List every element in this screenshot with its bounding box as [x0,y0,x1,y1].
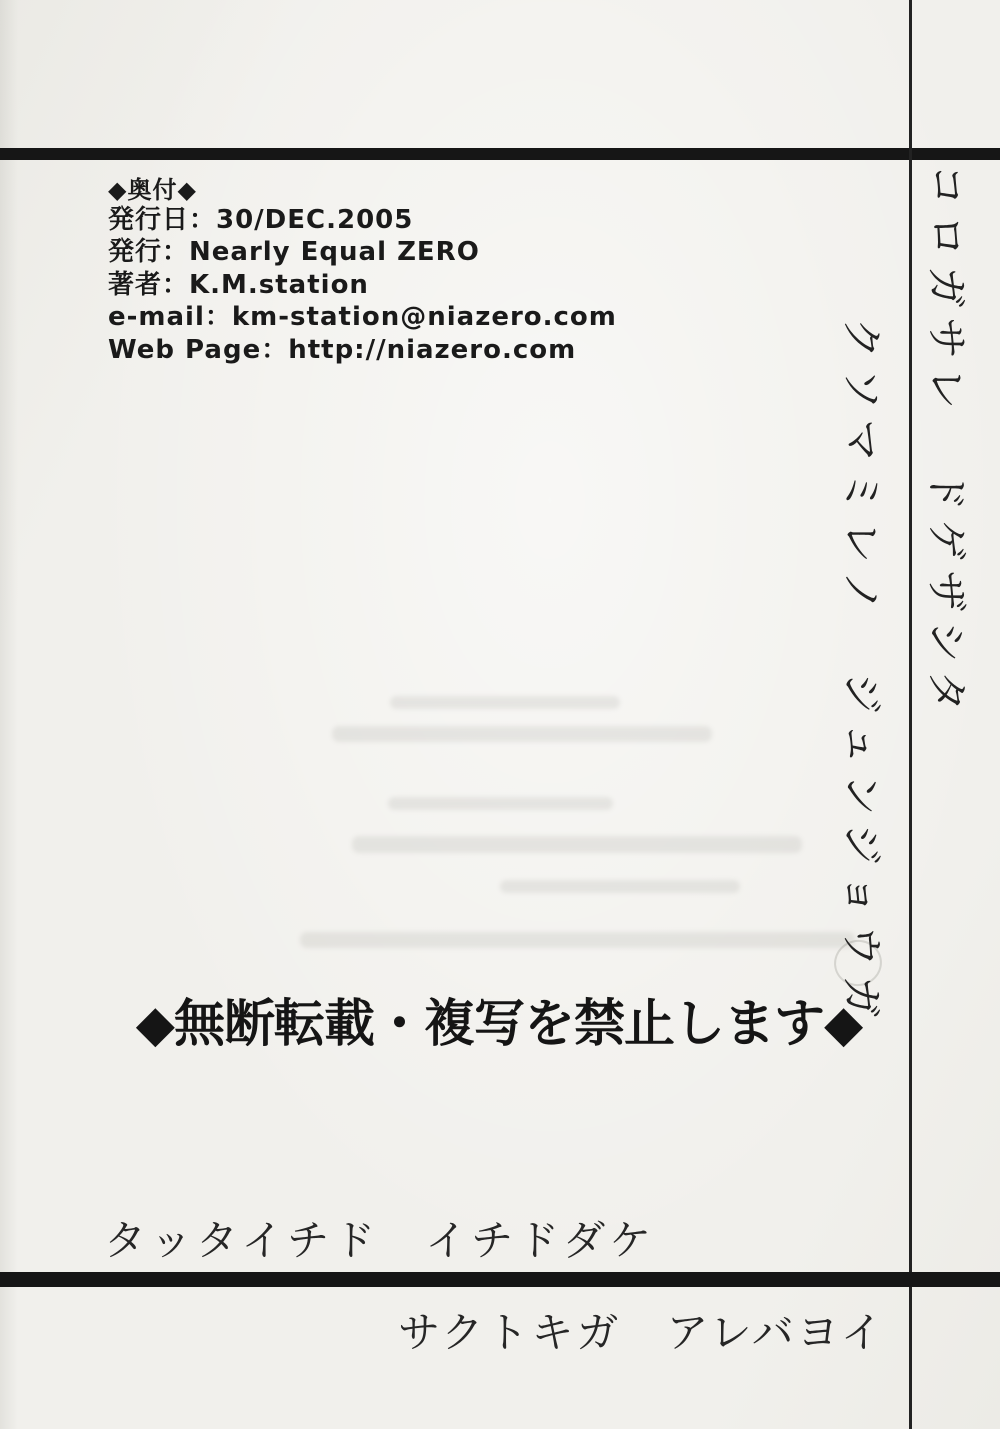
bleedthrough-smudge [352,836,802,853]
bleedthrough-smudge [332,726,712,742]
colophon-line-publisher: 発行：Nearly Equal ZERO [108,236,617,268]
reproduction-prohibition-notice: ◆無断転載・複写を禁止します◆ [136,982,862,1056]
colophon-line-author: 著者：K.M.station [108,269,617,301]
colophon-line-email: e-mail：km-station@niazero.com [108,301,617,333]
bleedthrough-smudge [390,696,620,709]
bottom-horizontal-rule [0,1272,1000,1287]
bottom-katakana-line-2: サクトキガ アレバヨイ [398,1300,885,1360]
scan-edge-shading [0,0,18,1429]
bleedthrough-smudge [388,797,613,810]
bleedthrough-smudge [300,932,855,948]
colophon-line-webpage: Web Page：http://niazero.com [108,334,617,366]
colophon-block: ◆奥付◆ 発行日：30/DEC.2005 発行：Nearly Equal ZER… [108,176,617,366]
colophon-line-publication-date: 発行日：30/DEC.2005 [108,204,617,236]
bottom-katakana-line-1: タッタイチド イチドダケ [104,1208,655,1268]
bleedthrough-smudge [500,880,740,893]
scanned-colophon-page: ◆奥付◆ 発行日：30/DEC.2005 発行：Nearly Equal ZER… [0,0,1000,1429]
vertical-text-inner: クソマミレノ ジュンジョウガ [834,317,894,1027]
colophon-heading: ◆奥付◆ [108,176,617,204]
right-vertical-rule [909,0,912,1429]
top-horizontal-rule [0,148,1000,160]
vertical-text-right-margin: コロガサレ ドゲザシタ [919,164,979,721]
